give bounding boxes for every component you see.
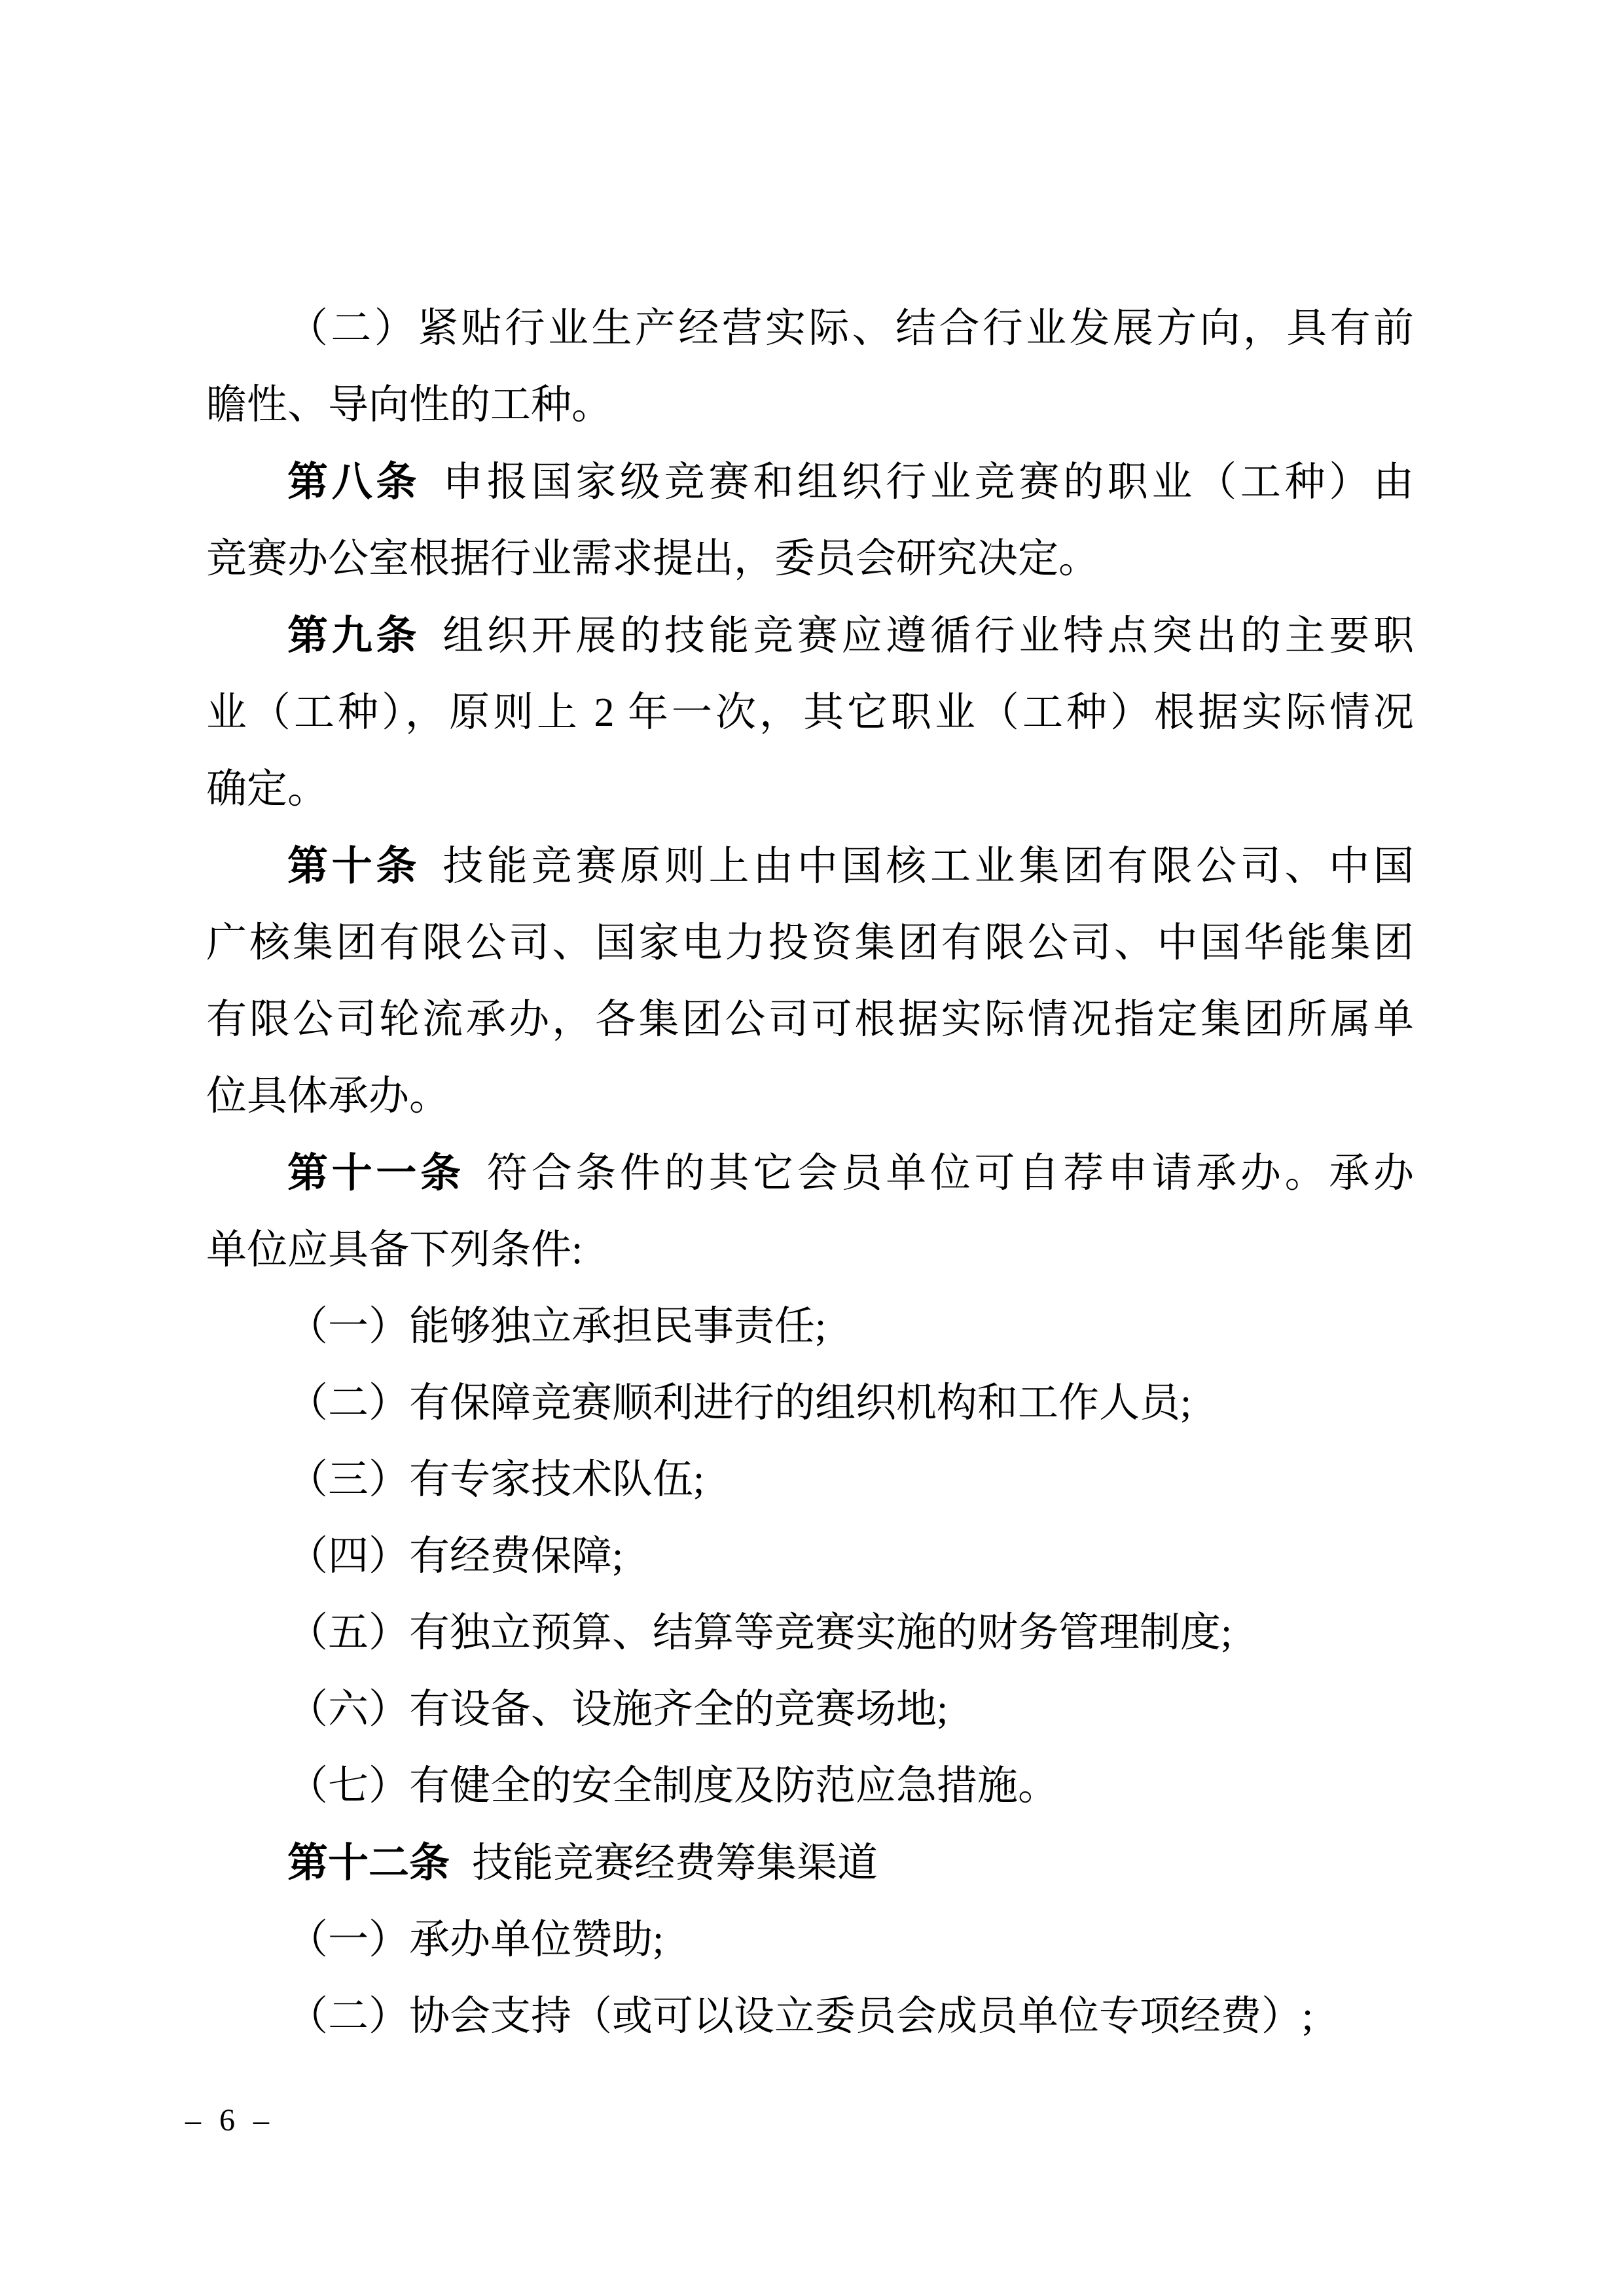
line-text: 瞻性、导向性的工种。 [206, 383, 612, 427]
text-line: 第十二条技能竞赛经费筹集渠道 [206, 1825, 1414, 1902]
line-text: （六）有设备、设施齐全的竞赛场地; [287, 1687, 948, 1732]
line-text: （一）承办单位赞助; [287, 1918, 664, 1962]
text-line: （二）有保障竞赛顺利进行的组织机构和工作人员; [206, 1365, 1414, 1442]
line-text: 技能竞赛经费筹集渠道 [472, 1841, 878, 1886]
line-text: 业（工种），原则上 2 年一次，其它职业（工种）根据实际情况 [206, 691, 1414, 735]
list-item-condition-5: （五）有独立预算、结算等竞赛实施的财务管理制度; [206, 1595, 1414, 1672]
text-line: 位具体承办。 [206, 1058, 1414, 1135]
line-text: 有限公司轮流承办，各集团公司可根据实际情况指定集团所属单 [206, 997, 1414, 1042]
article-10-label: 第十条 [287, 844, 420, 889]
list-item-funding-2: （二）协会支持（或可以设立委员会成员单位专项经费）; [206, 1979, 1414, 2055]
line-text: 符合条件的其它会员单位可自荐申请承办。承办 [487, 1151, 1414, 1196]
text-line: （三）有专家技术队伍; [206, 1442, 1414, 1518]
line-text: 位具体承办。 [206, 1074, 450, 1119]
line-text: （四）有经费保障; [287, 1534, 623, 1579]
paragraph-article-10: 第十条技能竞赛原则上由中国核工业集团有限公司、中国 广核集团有限公司、国家电力投… [206, 828, 1414, 1135]
text-line: 第九条组织开展的技能竞赛应遵循行业特点突出的主要职 [206, 598, 1414, 675]
document-page: （二）紧贴行业生产经营实际、结合行业发展方向，具有前 瞻性、导向性的工种。 第八… [0, 0, 1624, 2296]
document-body: （二）紧贴行业生产经营实际、结合行业发展方向，具有前 瞻性、导向性的工种。 第八… [206, 291, 1414, 2055]
text-line: 第八条申报国家级竞赛和组织行业竞赛的职业（工种）由 [206, 444, 1414, 521]
text-line: （二）协会支持（或可以设立委员会成员单位专项经费）; [206, 1979, 1414, 2055]
text-line: （七）有健全的安全制度及防范应急措施。 [206, 1748, 1414, 1825]
text-line: 广核集团有限公司、国家电力投资集团有限公司、中国华能集团 [206, 905, 1414, 982]
text-line: 确定。 [206, 751, 1414, 828]
text-line: （二）紧贴行业生产经营实际、结合行业发展方向，具有前 [206, 291, 1414, 367]
line-text: （二）紧贴行业生产经营实际、结合行业发展方向，具有前 [287, 306, 1414, 351]
line-text: （三）有专家技术队伍; [287, 1458, 704, 1502]
line-text: 申报国家级竞赛和组织行业竞赛的职业（工种）由 [442, 460, 1414, 505]
text-line: （六）有设备、设施齐全的竞赛场地; [206, 1672, 1414, 1748]
line-text: 广核集团有限公司、国家电力投资集团有限公司、中国华能集团 [206, 921, 1414, 965]
list-item-condition-7: （七）有健全的安全制度及防范应急措施。 [206, 1748, 1414, 1825]
text-line: 竞赛办公室根据行业需求提出，委员会研究决定。 [206, 521, 1414, 598]
line-text: （一）能够独立承担民事责任; [287, 1304, 826, 1349]
text-line: 第十条技能竞赛原则上由中国核工业集团有限公司、中国 [206, 828, 1414, 905]
line-text: （七）有健全的安全制度及防范应急措施。 [287, 1764, 1058, 1808]
text-line: （一）能够独立承担民事责任; [206, 1289, 1414, 1365]
list-item-condition-3: （三）有专家技术队伍; [206, 1442, 1414, 1518]
text-line: 单位应具备下列条件: [206, 1212, 1414, 1289]
text-line: （五）有独立预算、结算等竞赛实施的财务管理制度; [206, 1595, 1414, 1672]
text-line: 有限公司轮流承办，各集团公司可根据实际情况指定集团所属单 [206, 982, 1414, 1058]
list-item-condition-2: （二）有保障竞赛顺利进行的组织机构和工作人员; [206, 1365, 1414, 1442]
paragraph-article-8: 第八条申报国家级竞赛和组织行业竞赛的职业（工种）由 竞赛办公室根据行业需求提出，… [206, 444, 1414, 598]
article-9-label: 第九条 [287, 613, 420, 658]
article-12-label: 第十二条 [287, 1840, 450, 1886]
text-line: 第十一条符合条件的其它会员单位可自荐申请承办。承办 [206, 1135, 1414, 1212]
article-11-label: 第十一条 [287, 1151, 465, 1196]
list-item-condition-6: （六）有设备、设施齐全的竞赛场地; [206, 1672, 1414, 1748]
line-text: （五）有独立预算、结算等竞赛实施的财务管理制度; [287, 1611, 1232, 1655]
paragraph-article-12: 第十二条技能竞赛经费筹集渠道 [206, 1825, 1414, 1902]
text-line: （一）承办单位赞助; [206, 1902, 1414, 1979]
list-item-funding-1: （一）承办单位赞助; [206, 1902, 1414, 1979]
text-line: （四）有经费保障; [206, 1518, 1414, 1595]
text-line: 瞻性、导向性的工种。 [206, 367, 1414, 444]
list-item-condition-1: （一）能够独立承担民事责任; [206, 1289, 1414, 1365]
line-text: 竞赛办公室根据行业需求提出，委员会研究决定。 [206, 537, 1099, 581]
line-text: （二）有保障竞赛顺利进行的组织机构和工作人员; [287, 1381, 1191, 1426]
line-text: 单位应具备下列条件: [206, 1228, 583, 1272]
article-8-label: 第八条 [287, 459, 420, 505]
text-line: 业（工种），原则上 2 年一次，其它职业（工种）根据实际情况 [206, 675, 1414, 751]
line-text: （二）协会支持（或可以设立委员会成员单位专项经费）; [287, 1994, 1313, 2039]
line-text: 组织开展的技能竞赛应遵循行业特点突出的主要职 [442, 614, 1414, 658]
paragraph-article-11: 第十一条符合条件的其它会员单位可自荐申请承办。承办 单位应具备下列条件: [206, 1135, 1414, 1289]
page-number: – 6 – [185, 2102, 274, 2139]
line-text: 技能竞赛原则上由中国核工业集团有限公司、中国 [442, 844, 1414, 889]
paragraph-article-9: 第九条组织开展的技能竞赛应遵循行业特点突出的主要职 业（工种），原则上 2 年一… [206, 598, 1414, 828]
line-text: 确定。 [206, 767, 328, 812]
list-item-condition-4: （四）有经费保障; [206, 1518, 1414, 1595]
paragraph: （二）紧贴行业生产经营实际、结合行业发展方向，具有前 瞻性、导向性的工种。 [206, 291, 1414, 444]
